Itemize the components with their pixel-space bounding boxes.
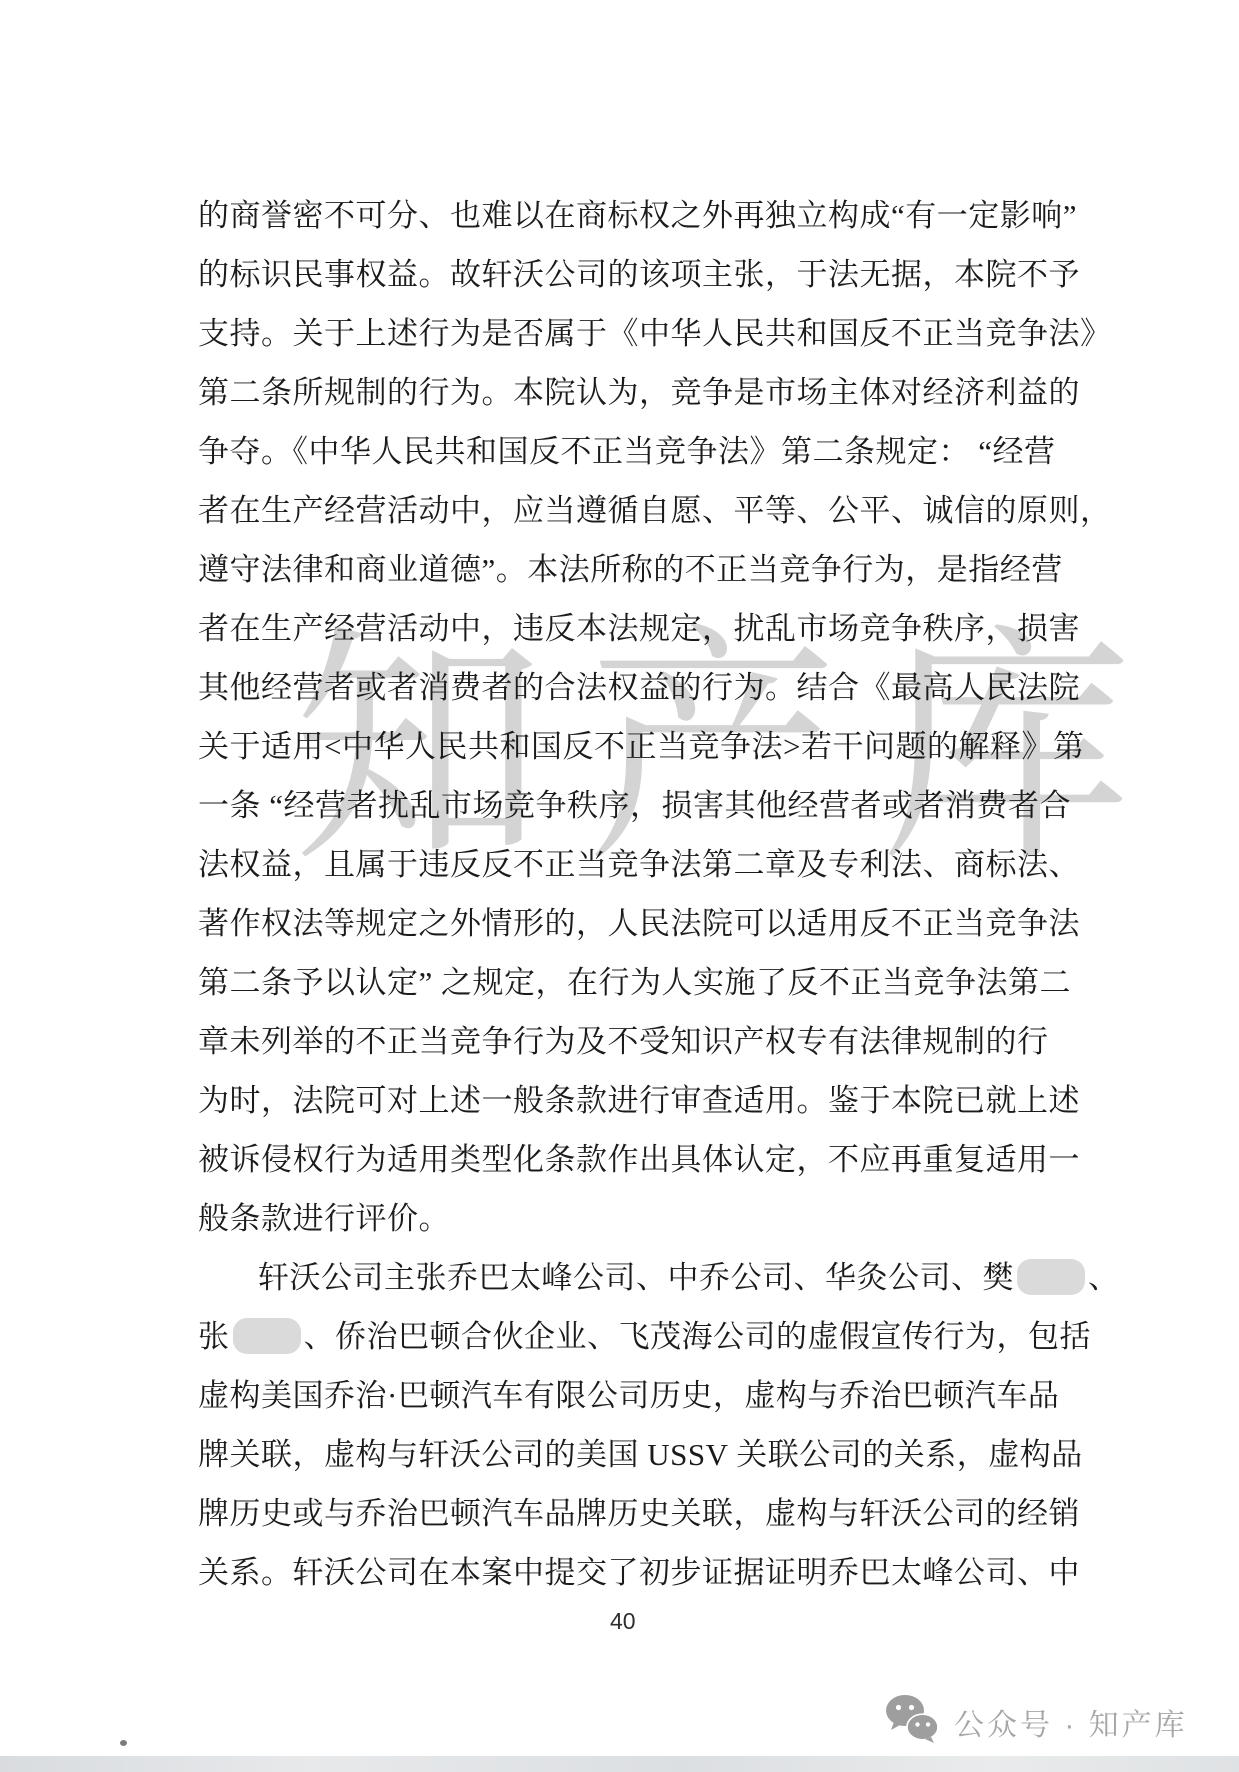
text-line: 牌历史或与乔治巴顿汽车品牌历史关联，虚构与轩沃公司的经销 [198, 1484, 1016, 1543]
text-segment: 张 [198, 1319, 230, 1354]
body-text: 的商誉密不可分、也难以在商标权之外再独立构成“有一定影响” 的标识民事权益。故轩… [198, 186, 1016, 1602]
text-line: 一条 “经营者扰乱市场竞争秩序，损害其他经营者或者消费者合 [198, 776, 1016, 835]
text-segment: 、侨治巴顿合伙企业、飞茂海公司的虚假宣传行为，包括 [304, 1319, 1092, 1354]
scan-artifact-dot [120, 1740, 127, 1746]
text-line: 轩沃公司主张乔巴太峰公司、中乔公司、华灸公司、樊、 [198, 1248, 1016, 1307]
text-line: 法权益，且属于违反反不正当竞争法第二章及专利法、商标法、 [198, 835, 1016, 894]
redacted-name [233, 1318, 301, 1354]
text-line: 张、侨治巴顿合伙企业、飞茂海公司的虚假宣传行为，包括 [198, 1307, 1016, 1366]
text-line: 被诉侵权行为适用类型化条款作出具体认定，不应再重复适用一 [198, 1130, 1016, 1189]
text-line: 其他经营者或者消费者的合法权益的行为。结合《最高人民法院 [198, 658, 1016, 717]
text-line: 关于适用<中华人民共和国反不正当竞争法>若干问题的解释》第 [198, 717, 1016, 776]
wechat-icon [884, 1694, 954, 1749]
text-segment: 轩沃公司主张乔巴太峰公司、中乔公司、华灸公司、樊 [258, 1260, 1014, 1295]
text-line: 章未列举的不正当竞争行为及不受知识产权专有法律规制的行 [198, 1012, 1016, 1071]
text-line: 的商誉密不可分、也难以在商标权之外再独立构成“有一定影响” [198, 186, 1016, 245]
redacted-name [1017, 1259, 1085, 1295]
footer-branding: 公众号 · 知产库 [884, 1694, 1188, 1749]
text-line: 者在生产经营活动中，违反本法规定，扰乱市场竞争秩序，损害 [198, 599, 1016, 658]
scan-bottom-edge [0, 1756, 1239, 1772]
scanned-judgment-page: 知产库 的商誉密不可分、也难以在商标权之外再独立构成“有一定影响” 的标识民事权… [0, 0, 1239, 1772]
text-line: 为时，法院可对上述一般条款进行审查适用。鉴于本院已就上述 [198, 1071, 1016, 1130]
text-line: 的标识民事权益。故轩沃公司的该项主张，于法无据，本院不予 [198, 245, 1016, 304]
text-line: 者在生产经营活动中，应当遵循自愿、平等、公平、诚信的原则， [198, 481, 1016, 540]
text-line: 虚构美国乔治·巴顿汽车有限公司历史，虚构与乔治巴顿汽车品 [198, 1366, 1016, 1425]
text-line: 牌关联，虚构与轩沃公司的美国 USSV 关联公司的关系，虚构品 [198, 1425, 1016, 1484]
text-segment: 、 [1088, 1260, 1120, 1295]
text-line: 遵守法律和商业道德”。本法所称的不正当竞争行为，是指经营 [198, 540, 1016, 599]
text-line: 关系。轩沃公司在本案中提交了初步证据证明乔巴太峰公司、中 [198, 1543, 1016, 1602]
text-line: 支持。关于上述行为是否属于《中华人民共和国反不正当竞争法》 [198, 304, 1016, 363]
footer-label: 公众号 · 知产库 [954, 1700, 1188, 1744]
text-line: 第二条予以认定” 之规定，在行为人实施了反不正当竞争法第二 [198, 953, 1016, 1012]
text-line: 争夺。《中华人民共和国反不正当竞争法》第二条规定： “经营 [198, 422, 1016, 481]
text-line: 第二条所规制的行为。本院认为，竞争是市场主体对经济利益的 [198, 363, 1016, 422]
page-number: 40 [610, 1608, 636, 1635]
text-line: 般条款进行评价。 [198, 1189, 1016, 1248]
text-line: 著作权法等规定之外情形的，人民法院可以适用反不正当竞争法 [198, 894, 1016, 953]
